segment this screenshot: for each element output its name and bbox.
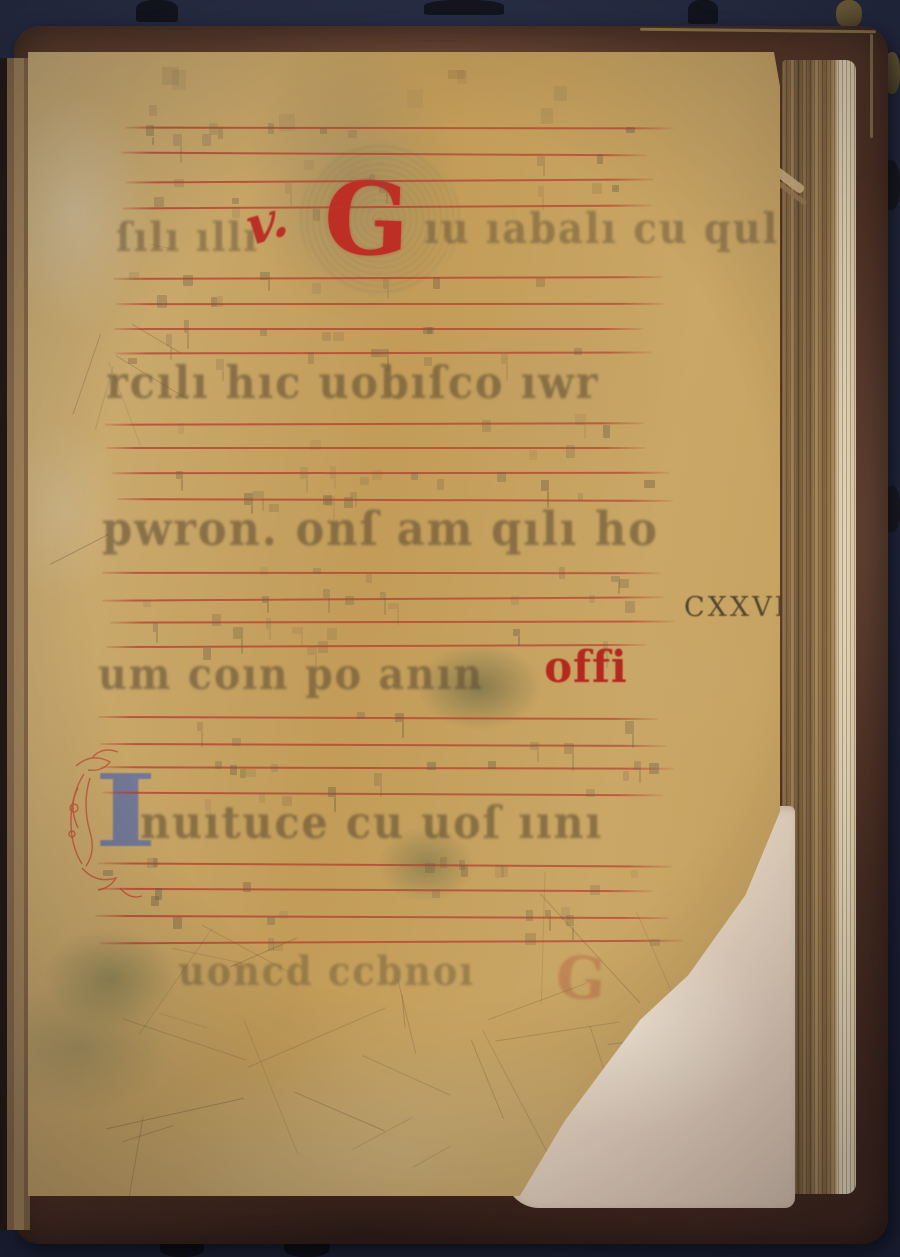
neume-tail [333,506,335,519]
neume [597,154,603,163]
neume [559,567,565,578]
rubric-initial-G: G [322,159,411,280]
neume [151,896,159,906]
clasp-fitting-icon [836,0,862,28]
ink-offset-stain [407,90,423,108]
neume [626,127,634,133]
neume [313,568,320,574]
neume [240,769,247,778]
neume-tail [384,599,386,615]
neume [178,423,184,434]
faded-rubric-initial: G [554,942,608,1013]
neume [525,933,536,946]
parchment-crack [243,1019,298,1155]
neume [513,629,520,636]
neume [230,765,238,775]
neume [320,128,327,134]
neume [497,472,507,482]
gold-edge-trim [870,34,873,138]
neume [574,348,582,355]
neume [366,574,372,583]
neume [271,764,278,772]
faded-chant-text: um coın po anın [98,650,484,700]
neume [371,349,381,357]
neume [253,491,264,498]
photo-medieval-manuscript: { "scene": { "description": "Photograph … [0,0,900,1257]
faded-chant-text: rcılı hıc uobıſco ıwr [106,356,599,409]
parchment-crack [123,1125,174,1142]
faded-chant-text: pwron. onſ am qılı ho [102,502,659,557]
neume-tail [251,505,253,514]
neume [603,641,608,654]
neume [592,183,602,194]
neume [586,789,595,797]
faded-chant-text: ſılı ıllı [116,214,259,261]
neume [344,497,353,507]
staff-line [98,863,673,868]
staff-line [112,472,670,475]
neume [233,627,243,639]
staff-line [114,328,644,330]
neume [511,596,519,605]
neume-tail [380,786,382,797]
neume [538,186,544,196]
neume [330,466,336,479]
binding-boss [136,0,178,22]
neume [262,596,269,603]
neume [153,623,158,632]
ink-offset-stain [162,67,179,85]
neume [218,128,223,139]
ink-offset-stain [554,86,567,101]
neume-tail [506,364,508,380]
neume [440,857,446,868]
neume [372,470,382,480]
neume [411,472,418,479]
neume [268,123,274,134]
neume-tail [268,280,270,291]
neume [395,713,404,722]
neume [530,742,539,750]
parchment-crack [496,1022,620,1042]
staff-line [110,620,675,623]
neume-tail [584,425,586,439]
neume [537,156,545,166]
parchment-crack [636,911,675,998]
neume-tail [290,194,292,206]
neume [623,771,628,780]
neume [244,493,253,505]
neume-tail [387,289,389,299]
neume [246,769,256,777]
parchment-crack [541,872,546,1004]
neume-tail [187,333,189,349]
neume [644,480,655,488]
neume [232,207,240,218]
neume [243,882,251,892]
neume [541,480,550,491]
neume [536,278,546,287]
neume [545,910,551,917]
neume-tail [572,754,574,771]
neume [379,182,389,193]
neume-tail [156,632,158,643]
neume [322,332,330,341]
staff-line [100,766,674,770]
neume [292,627,303,635]
neume-tail [632,734,634,748]
neume-tail [397,609,399,625]
staff-line [116,303,664,305]
neume-tail [334,797,336,813]
neume [589,595,595,604]
neume [432,890,440,898]
neume [603,425,610,437]
neume-tail [328,598,330,613]
neume [590,885,600,896]
neume-tail [180,146,182,163]
parchment-crack [72,334,101,415]
neume [211,297,216,308]
parchment-crack [107,1097,244,1128]
neume [176,471,183,480]
neume-tail [181,479,183,491]
neume [183,275,193,286]
neume [423,327,433,333]
neume [260,272,271,281]
neume [566,445,575,458]
parchment-crack [122,1018,247,1061]
neume [323,589,330,598]
neume-tail [315,655,317,669]
neume [327,628,337,640]
neume [564,743,574,754]
neume [232,738,241,746]
parchment-crack [352,1117,413,1150]
neume [325,496,335,506]
neume [103,870,113,877]
neume [312,283,321,293]
neume [318,641,328,654]
neume [307,646,317,655]
neume [266,618,271,630]
neume [260,329,267,336]
neume [437,479,444,490]
neume [348,130,357,138]
neume [501,354,508,365]
neume [313,209,320,221]
neume [157,295,166,308]
parchment-crack [49,534,109,565]
neume [269,504,279,512]
neume [173,917,182,929]
neume-tail [201,731,203,747]
neume [203,648,211,660]
neume-tail [334,479,336,489]
staff-line [125,127,672,130]
neume [215,761,222,770]
neume [174,179,184,187]
neume-tail [262,498,264,511]
neume [308,352,314,364]
neume [212,614,221,625]
neume [267,917,275,924]
office-rubric: offi [544,642,628,693]
neume [374,773,382,786]
neume [217,296,223,307]
neume [304,160,313,170]
neume [383,278,388,289]
neume [381,349,389,357]
neume [279,911,288,919]
neume [649,763,660,774]
neume [259,793,265,803]
neume-tail [306,479,308,493]
neume [232,198,239,204]
neume [357,712,366,719]
neume [424,357,432,367]
parchment-crack [248,1007,386,1067]
neume [388,603,398,609]
neume-tail [537,750,539,762]
ink-offset-stain [448,70,465,79]
neume [625,721,634,734]
neume [129,272,139,280]
neume [526,910,533,921]
staff-line [105,422,644,426]
staff-line [98,716,658,720]
neume [461,865,469,876]
neume [482,420,490,432]
neume [285,183,293,194]
neume [578,493,583,501]
neume [333,332,344,342]
binding-boss [688,0,718,24]
parchment-crack [159,1013,207,1029]
neume [143,600,151,607]
neume [625,601,635,613]
neume [310,440,321,451]
neume-tail [387,357,389,372]
gutter-cover-edge [0,58,30,1230]
ink-offset-stain [279,114,295,131]
neume [529,450,536,459]
neume-tail [549,917,551,931]
neume [425,863,435,873]
neume-tail [402,722,404,738]
neume [146,125,153,136]
binding-boss [424,0,504,15]
versicle-mark: v. [244,186,292,259]
neume [328,787,336,797]
neume [173,134,181,145]
neume [575,414,585,425]
parchment-crack [362,1055,451,1096]
neume [153,858,159,867]
neume [488,761,496,769]
neume [260,567,268,575]
neume [631,870,638,878]
neume [360,477,369,485]
neume-tail [543,166,545,177]
neume-tail [269,630,271,641]
neume [612,185,619,193]
staff-line [102,572,661,574]
parchment-crack [128,1116,144,1204]
parchment-crack [471,1040,504,1119]
neume-tail [639,770,641,783]
staff-line [106,447,646,449]
neume [205,799,211,811]
neume [154,197,163,208]
staff-line [98,888,653,893]
parchment-crack [413,1145,452,1167]
neume-tail [152,137,154,146]
neume [209,123,218,135]
neume [427,762,435,770]
staff-line [100,743,666,747]
faded-chant-text: ıu ıabalı cu qul uſ [424,204,843,253]
neume [197,722,203,731]
ink-offset-stain [149,105,157,116]
neume [300,467,308,479]
neume-tail [267,603,269,613]
parchment-crack [294,1091,385,1131]
faded-chant-text: uoncd ccbnoı [178,948,475,995]
ink-offset-stain [541,108,553,123]
neume [184,320,189,333]
neume [282,796,291,805]
neume [345,596,354,605]
neume [380,592,385,600]
neume [634,761,641,770]
neume [433,277,440,289]
neume [202,134,210,146]
neume-tail [542,197,544,211]
neume [619,579,629,588]
neume [369,174,375,186]
neume-tail [301,634,303,646]
neume [495,865,505,878]
neume-tail [241,639,243,654]
neume [216,359,225,370]
